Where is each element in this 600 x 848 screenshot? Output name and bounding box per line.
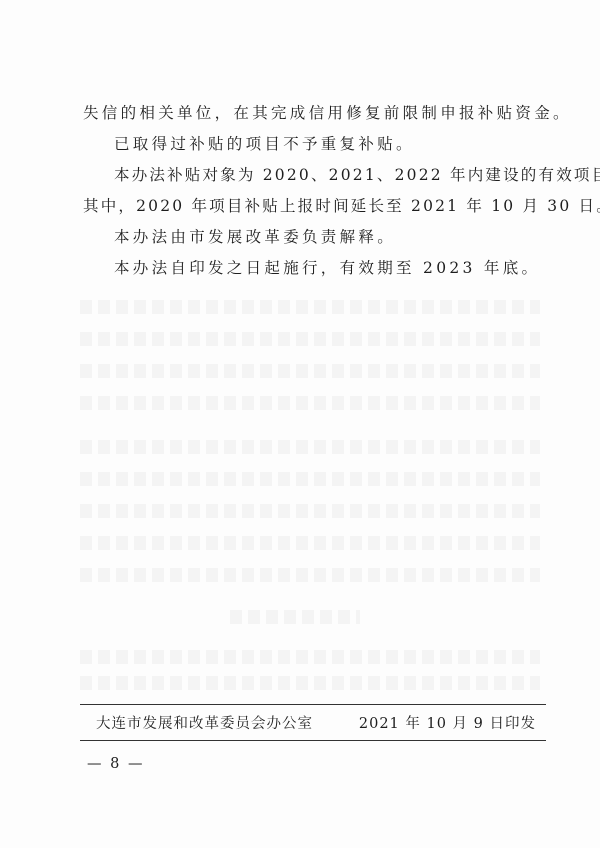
issuer-name: 大连市发展和改革委员会办公室 — [96, 712, 313, 733]
footer-bottom-rule — [80, 740, 546, 741]
body-line: 本办法自印发之日起施行，有效期至 2023 年底。 — [114, 258, 574, 278]
bleed-through — [80, 676, 540, 690]
issuance-footer: 大连市发展和改革委员会办公室 2021 年 10 月 9 日印发 — [96, 712, 536, 733]
body-line: 本办法由市发展改革委负责解释。 — [114, 227, 574, 247]
body-line: 其中，2020 年项目补贴上报时间延长至 2021 年 10 月 30 日。 — [83, 196, 543, 216]
body-line: 已取得过补贴的项目不予重复补贴。 — [114, 134, 574, 154]
body-line: 本办法补贴对象为 2020、2021、2022 年内建设的有效项目， — [114, 165, 574, 185]
page-number: — 8 — — [87, 756, 144, 772]
body-line: 失信的相关单位，在其完成信用修复前限制申报补贴资金。 — [83, 103, 543, 123]
bleed-through — [230, 610, 360, 624]
bleed-through — [80, 364, 540, 378]
bleed-through — [80, 568, 540, 582]
bleed-through — [80, 396, 540, 410]
bleed-through — [80, 504, 540, 518]
document-page: 失信的相关单位，在其完成信用修复前限制申报补贴资金。 已取得过补贴的项目不予重复… — [0, 0, 600, 848]
bleed-through — [80, 536, 540, 550]
bleed-through — [80, 472, 540, 486]
issue-date: 2021 年 10 月 9 日印发 — [359, 712, 536, 733]
bleed-through — [80, 300, 540, 314]
bleed-through — [80, 650, 540, 664]
bleed-through — [80, 440, 540, 454]
bleed-through — [80, 332, 540, 346]
footer-top-rule — [80, 704, 546, 705]
